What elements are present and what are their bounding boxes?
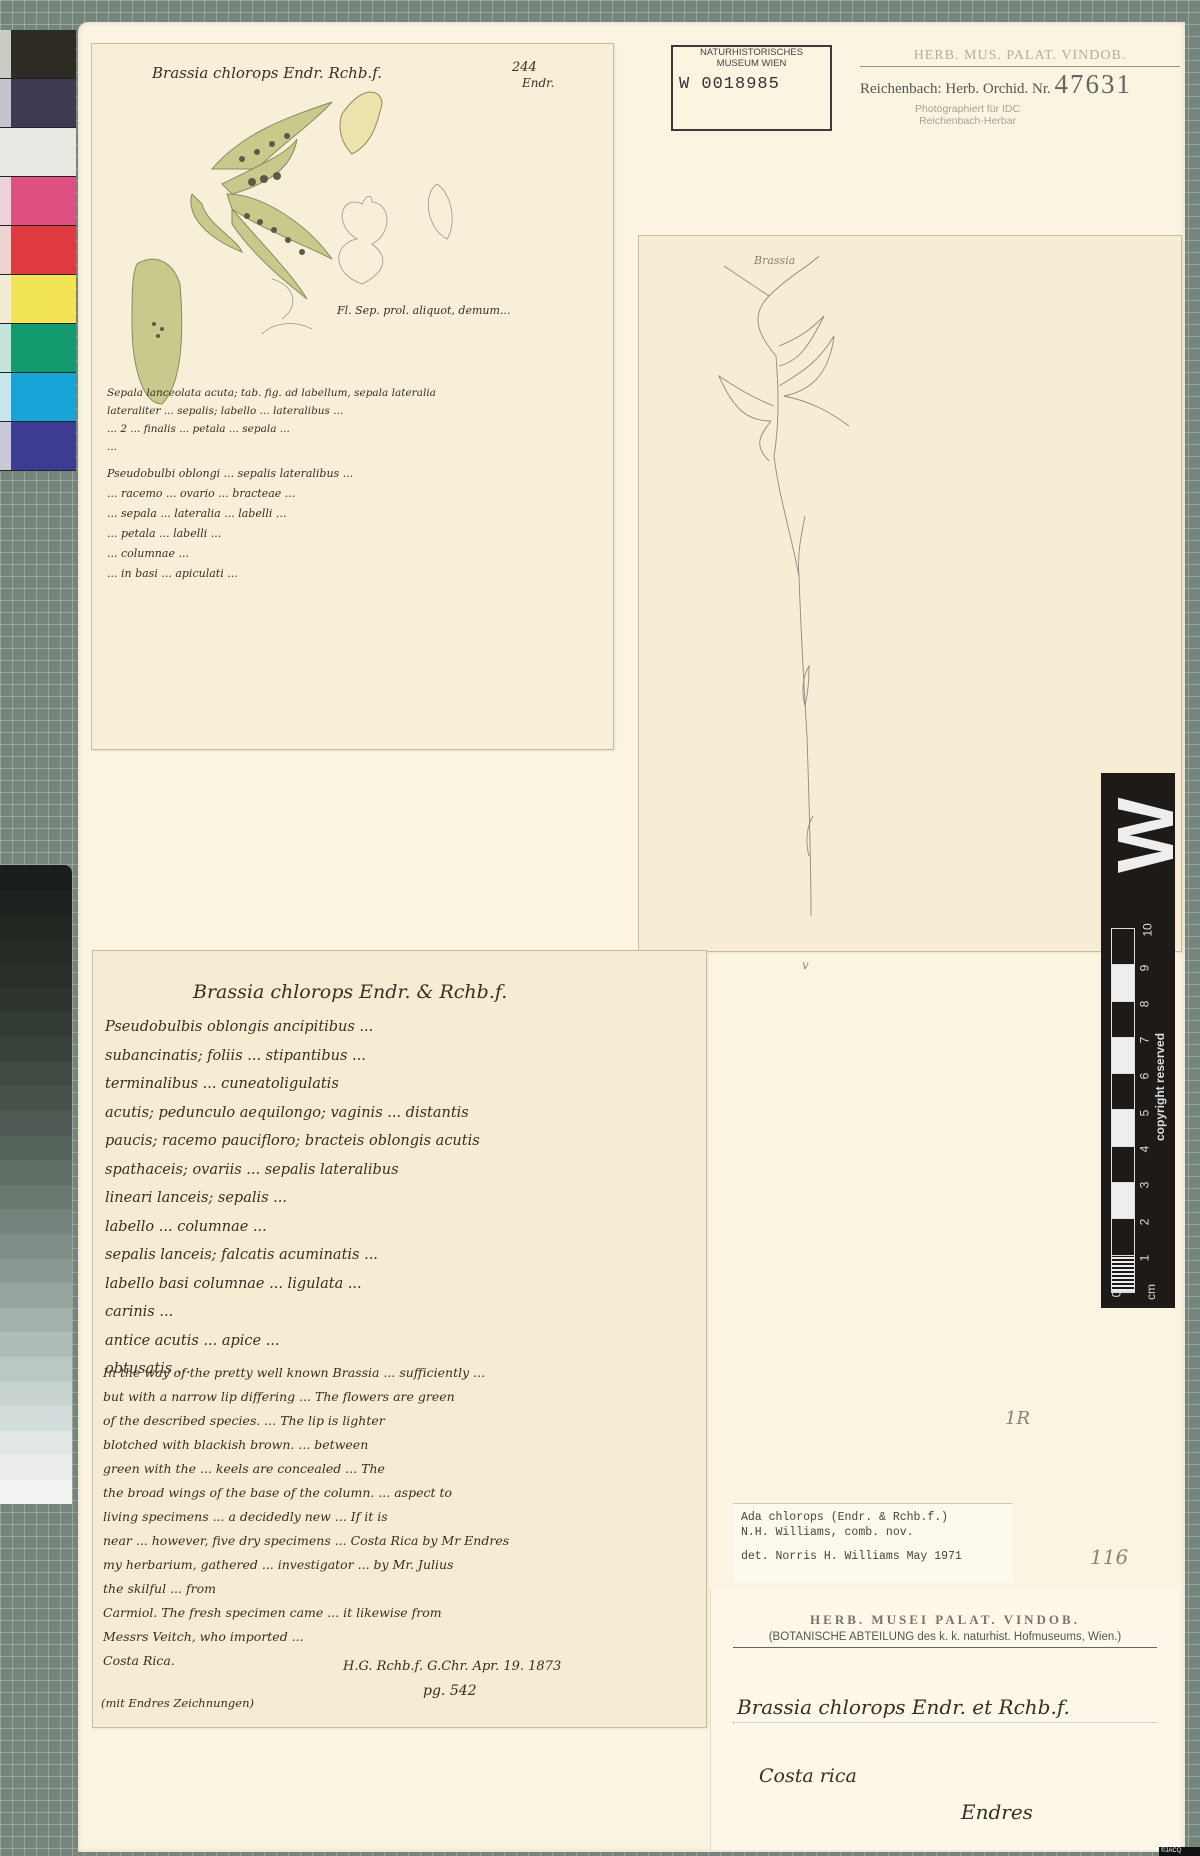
color-patch-white bbox=[0, 128, 76, 177]
grayscale-step bbox=[0, 865, 72, 890]
grayscale-step bbox=[0, 1086, 72, 1111]
grayscale-step bbox=[0, 1136, 72, 1161]
grayscale-step bbox=[0, 1283, 72, 1308]
grayscale-step bbox=[0, 1111, 72, 1136]
tick-0: 0 bbox=[1109, 1291, 1123, 1298]
species-name: Brassia chlorops Endr. et Rchb.f. bbox=[737, 1695, 1070, 1719]
herbarium-number-stamp: HERB. MUS. PALAT. VINDOB. Reichenbach: H… bbox=[860, 48, 1180, 100]
grayscale-step bbox=[0, 1013, 72, 1038]
tick-10: 10 bbox=[1141, 923, 1155, 936]
scale-ticks bbox=[1111, 928, 1135, 1293]
pencil-footnote-mark: v bbox=[802, 958, 809, 972]
grayscale-step bbox=[0, 1431, 72, 1456]
tick-7: 7 bbox=[1137, 1037, 1151, 1044]
grayscale-step bbox=[0, 1455, 72, 1480]
tick-3: 3 bbox=[1137, 1182, 1151, 1189]
color-patch-black bbox=[0, 30, 76, 79]
det-name-line2: N.H. Williams, comb. nov. bbox=[741, 1525, 1005, 1540]
herbarium-number: 47631 bbox=[1055, 69, 1133, 99]
grayscale-step bbox=[0, 1332, 72, 1357]
color-patch-purple-gray bbox=[0, 79, 76, 128]
drawing-caption: Fl. Sep. prol. aliquot, demum... bbox=[337, 304, 510, 317]
color-patch-green bbox=[0, 324, 76, 373]
color-patch-blue bbox=[0, 422, 76, 471]
color-patch-magenta bbox=[0, 177, 76, 226]
pencil-annotation-number: 1R bbox=[1005, 1408, 1030, 1429]
tick-8: 8 bbox=[1137, 1001, 1151, 1008]
reichenbach-label: Reichenbach: Herb. Orchid. Nr. bbox=[860, 81, 1051, 97]
photo-stamp-line2: Reichenbach-Herbar bbox=[915, 115, 1020, 127]
museum-stamp-line2: MUSEUM WIEN bbox=[673, 58, 830, 69]
drawing-description-text: Sepala lanceolata acuta; tab. fig. ad la… bbox=[107, 384, 597, 584]
collection-locality: Costa rica bbox=[759, 1765, 857, 1787]
barcode-number: W 0018985 bbox=[679, 75, 830, 94]
museum-barcode-stamp: NATURHISTORISCHES MUSEUM WIEN W 0018985 bbox=[671, 45, 832, 131]
grayscale-step bbox=[0, 1480, 72, 1505]
determination-label: Ada chlorops (Endr. & Rchb.f.) N.H. Will… bbox=[733, 1503, 1013, 1583]
grayscale-step bbox=[0, 1308, 72, 1333]
tick-6: 6 bbox=[1137, 1073, 1151, 1080]
collector-name: Endres bbox=[961, 1800, 1033, 1824]
grayscale-step bbox=[0, 890, 72, 915]
det-determiner: det. Norris H. Williams May 1971 bbox=[741, 1549, 1005, 1564]
herbarium-label-subtitle: (BOTANISCHE ABTEILUNG des k. k. naturhis… bbox=[711, 1631, 1179, 1643]
scale-unit: cm bbox=[1144, 1284, 1158, 1300]
det-name-line1: Ada chlorops (Endr. & Rchb.f.) bbox=[741, 1510, 1005, 1525]
color-patch-yellow bbox=[0, 275, 76, 324]
watercolor-drawing-sheet: Brassia chlorops Endr. Rchb.f. 244 Endr.… bbox=[91, 43, 614, 750]
grayscale-step bbox=[0, 1037, 72, 1062]
letter-page-reference: pg. 542 bbox=[423, 1683, 477, 1699]
grayscale-step bbox=[0, 1381, 72, 1406]
grayscale-step bbox=[0, 1185, 72, 1210]
tick-5: 5 bbox=[1137, 1110, 1151, 1117]
grayscale-step bbox=[0, 963, 72, 988]
grayscale-step bbox=[0, 939, 72, 964]
grayscale-step bbox=[0, 1259, 72, 1284]
pencil-annotation-116: 116 bbox=[1090, 1545, 1128, 1569]
w-logo: W bbox=[1106, 813, 1186, 873]
handwritten-letter-sheet: Brassia chlorops Endr. & Rchb.f. Pseudob… bbox=[92, 950, 707, 1728]
tick-4: 4 bbox=[1137, 1146, 1151, 1153]
herbarium-stamp-title: HERB. MUS. PALAT. VINDOB. bbox=[860, 48, 1180, 64]
scale-bar: W copyright reserved 10 9 8 7 6 5 4 3 2 … bbox=[1101, 773, 1175, 1308]
grayscale-step bbox=[0, 1234, 72, 1259]
reichenbach-line: Reichenbach: Herb. Orchid. Nr. 47631 bbox=[860, 69, 1180, 100]
copyright-text: copyright reserved bbox=[1153, 1033, 1167, 1141]
orchid-pencil-sketch bbox=[639, 236, 1181, 951]
museum-stamp-line1: NATURHISTORISCHES bbox=[673, 47, 830, 58]
tick-9: 9 bbox=[1137, 965, 1151, 972]
color-calibration-chart bbox=[0, 30, 76, 471]
herbarium-label-title: HERB. MUSEI PALAT. VINDOB. bbox=[711, 1612, 1179, 1628]
grayscale-step bbox=[0, 1160, 72, 1185]
watermark-badge: ©JACQ bbox=[1159, 1847, 1200, 1856]
english-commentary: In the way of the pretty well known Bras… bbox=[103, 1361, 698, 1673]
photo-stamp-line1: Photographiert für IDC bbox=[915, 103, 1020, 115]
photographed-stamp: Photographiert für IDC Reichenbach-Herba… bbox=[915, 103, 1020, 127]
herbarium-label: HERB. MUSEI PALAT. VINDOB. (BOTANISCHE A… bbox=[710, 1590, 1179, 1850]
color-patch-red bbox=[0, 226, 76, 275]
latin-description: Pseudobulbis oblongis ancipitibus ... su… bbox=[105, 1013, 695, 1384]
tick-1: 1 bbox=[1137, 1255, 1151, 1262]
grayscale-step bbox=[0, 1357, 72, 1382]
grayscale-step bbox=[0, 1406, 72, 1431]
color-patch-cyan bbox=[0, 373, 76, 422]
tick-2: 2 bbox=[1137, 1219, 1151, 1226]
grayscale-calibration-strip bbox=[0, 865, 72, 1505]
letter-signature: H.G. Rchb.f. G.Chr. Apr. 19. 1873 bbox=[343, 1659, 561, 1674]
grayscale-step bbox=[0, 914, 72, 939]
grayscale-step bbox=[0, 1209, 72, 1234]
grayscale-step bbox=[0, 988, 72, 1013]
grayscale-step bbox=[0, 1062, 72, 1087]
letter-footnote: (mit Endres Zeichnungen) bbox=[101, 1696, 254, 1710]
letter-title: Brassia chlorops Endr. & Rchb.f. bbox=[193, 981, 507, 1003]
